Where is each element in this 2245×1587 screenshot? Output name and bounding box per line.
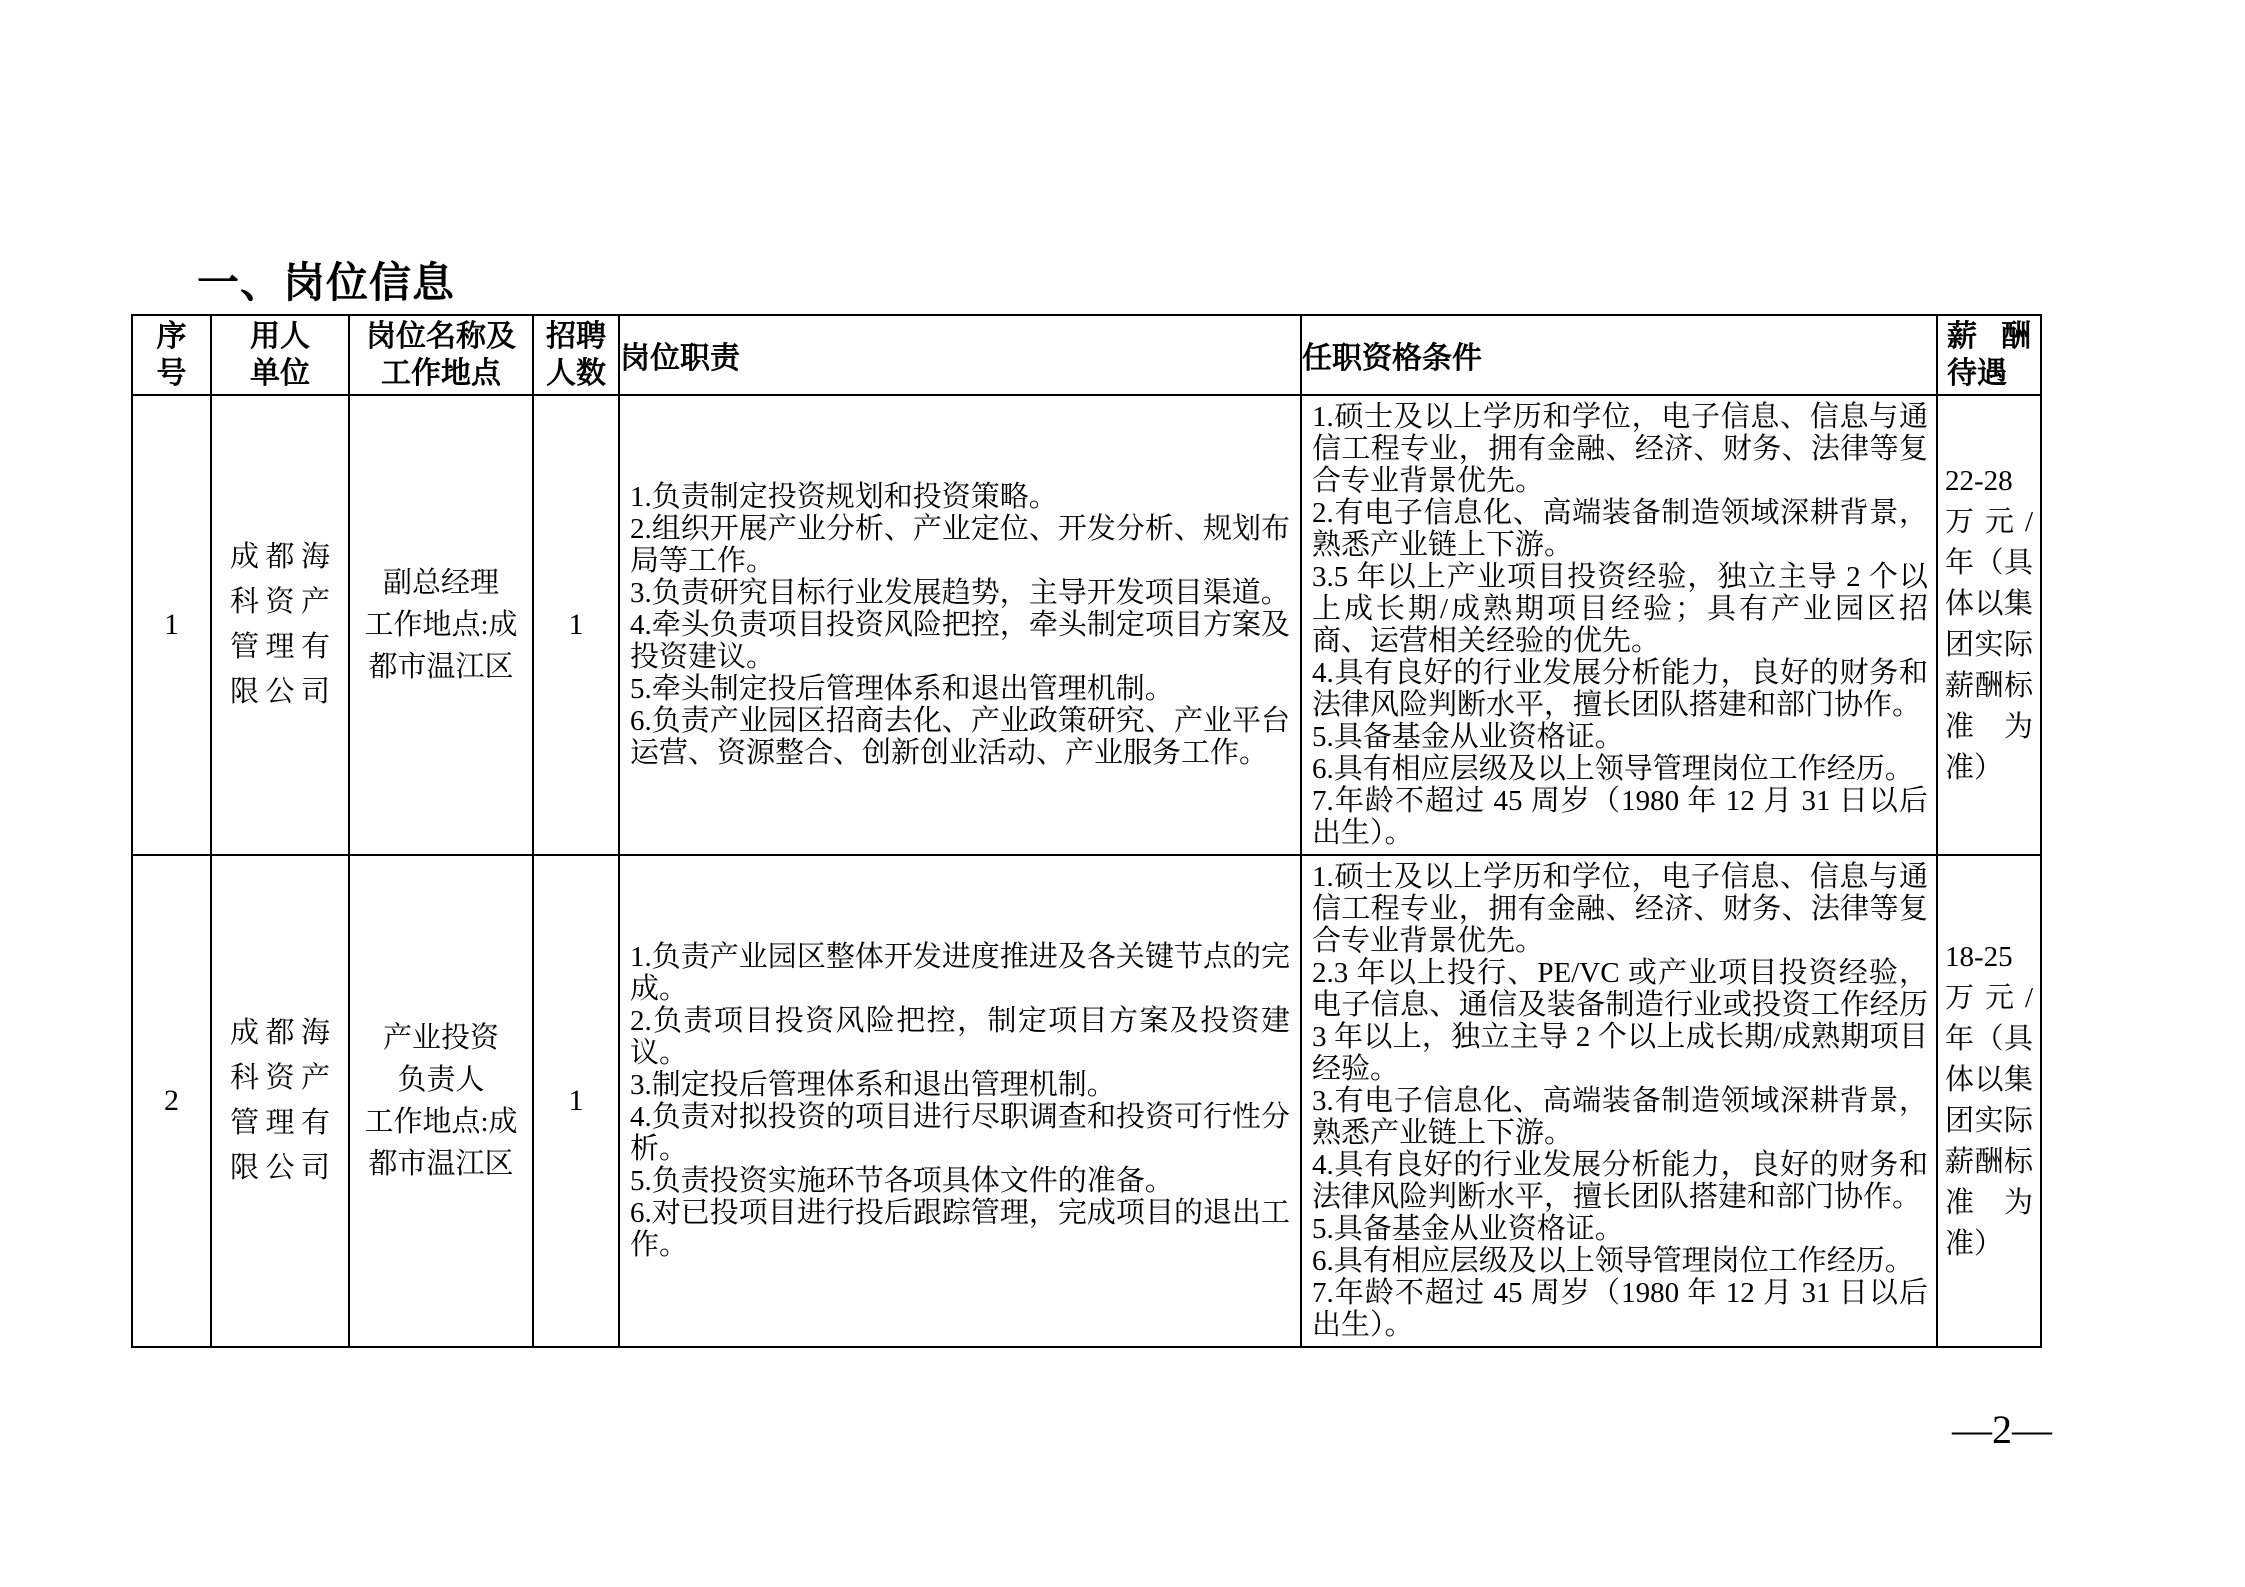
cell-duties-1: 1.负责制定投资规划和投资策略。 2.组织开展产业分析、产业定位、开发分析、规划… — [619, 395, 1301, 855]
cell-qualifications-2: 1.硕士及以上学历和学位，电子信息、信息与通信工程专业，拥有金融、经济、财务、法… — [1301, 855, 1937, 1347]
work-location: 工作地点:成都市温江区 — [355, 1101, 527, 1185]
headcount-value: 1 — [569, 1084, 584, 1117]
header-qualifications-label: 任职资格条件 — [1302, 342, 1482, 375]
cell-seq-1: 1 — [132, 395, 211, 855]
seq-value: 1 — [164, 608, 179, 641]
cell-headcount-1: 1 — [533, 395, 619, 855]
section-title: 一、岗位信息 — [197, 250, 455, 310]
cell-salary-1: 22-28万元/年（具体以集团实际薪酬标准为准） — [1937, 395, 2041, 855]
duties-text: 1.负责制定投资规划和投资策略。 2.组织开展产业分析、产业定位、开发分析、规划… — [630, 481, 1290, 769]
headcount-value: 1 — [569, 608, 584, 641]
table-header-row: 序号 用人单位 岗位名称及工作地点 招聘人数 岗位职责 任职资格条件 — [132, 315, 2041, 395]
employer-name: 成都海科资产管理有限公司 — [230, 1011, 330, 1191]
header-salary: 薪酬待遇 — [1937, 315, 2041, 395]
cell-position-1: 副总经理 工作地点:成都市温江区 — [349, 395, 533, 855]
header-position: 岗位名称及工作地点 — [349, 315, 533, 395]
cell-seq-2: 2 — [132, 855, 211, 1347]
table-row-1: 1 成都海科资产管理有限公司 副总经理 工作地点:成都市温江区 1 1.负责制定… — [132, 395, 2041, 855]
cell-duties-2: 1.负责产业园区整体开发进度推进及各关键节点的完成。 2.负责项目投资风险把控，… — [619, 855, 1301, 1347]
cell-headcount-2: 1 — [533, 855, 619, 1347]
job-positions-table: 序号 用人单位 岗位名称及工作地点 招聘人数 岗位职责 任职资格条件 — [131, 314, 2042, 1348]
position-name: 副总经理 — [375, 562, 507, 604]
position-name: 产业投资负责人 — [375, 1017, 507, 1101]
duties-text: 1.负责产业园区整体开发进度推进及各关键节点的完成。 2.负责项目投资风险把控，… — [630, 941, 1290, 1261]
header-duties-label: 岗位职责 — [620, 342, 740, 375]
page-number: —2— — [1952, 1406, 2052, 1453]
header-seq-label: 序号 — [155, 318, 189, 392]
qualifications-text: 1.硕士及以上学历和学位，电子信息、信息与通信工程专业，拥有金融、经济、财务、法… — [1312, 861, 1928, 1341]
header-qualifications: 任职资格条件 — [1301, 315, 1937, 395]
salary-text: 18-25万元/年（具体以集团实际薪酬标准为准） — [1945, 937, 2033, 1265]
seq-value: 2 — [164, 1084, 179, 1117]
table-row-2: 2 成都海科资产管理有限公司 产业投资负责人 工作地点:成都市温江区 1 1.负… — [132, 855, 2041, 1347]
header-duties: 岗位职责 — [619, 315, 1301, 395]
header-headcount: 招聘人数 — [533, 315, 619, 395]
header-employer: 用人单位 — [211, 315, 349, 395]
cell-salary-2: 18-25万元/年（具体以集团实际薪酬标准为准） — [1937, 855, 2041, 1347]
cell-employer-2: 成都海科资产管理有限公司 — [211, 855, 349, 1347]
header-salary-label: 薪酬待遇 — [1947, 318, 2031, 392]
work-location: 工作地点:成都市温江区 — [355, 604, 527, 688]
cell-employer-1: 成都海科资产管理有限公司 — [211, 395, 349, 855]
header-seq: 序号 — [132, 315, 211, 395]
qualifications-text: 1.硕士及以上学历和学位，电子信息、信息与通信工程专业，拥有金融、经济、财务、法… — [1312, 401, 1928, 849]
cell-position-2: 产业投资负责人 工作地点:成都市温江区 — [349, 855, 533, 1347]
employer-name: 成都海科资产管理有限公司 — [230, 535, 330, 715]
header-employer-label: 用人单位 — [248, 318, 312, 392]
salary-text: 22-28万元/年（具体以集团实际薪酬标准为准） — [1945, 461, 2033, 789]
header-position-label: 岗位名称及工作地点 — [365, 318, 517, 392]
header-headcount-label: 招聘人数 — [544, 318, 608, 392]
cell-qualifications-1: 1.硕士及以上学历和学位，电子信息、信息与通信工程专业，拥有金融、经济、财务、法… — [1301, 395, 1937, 855]
